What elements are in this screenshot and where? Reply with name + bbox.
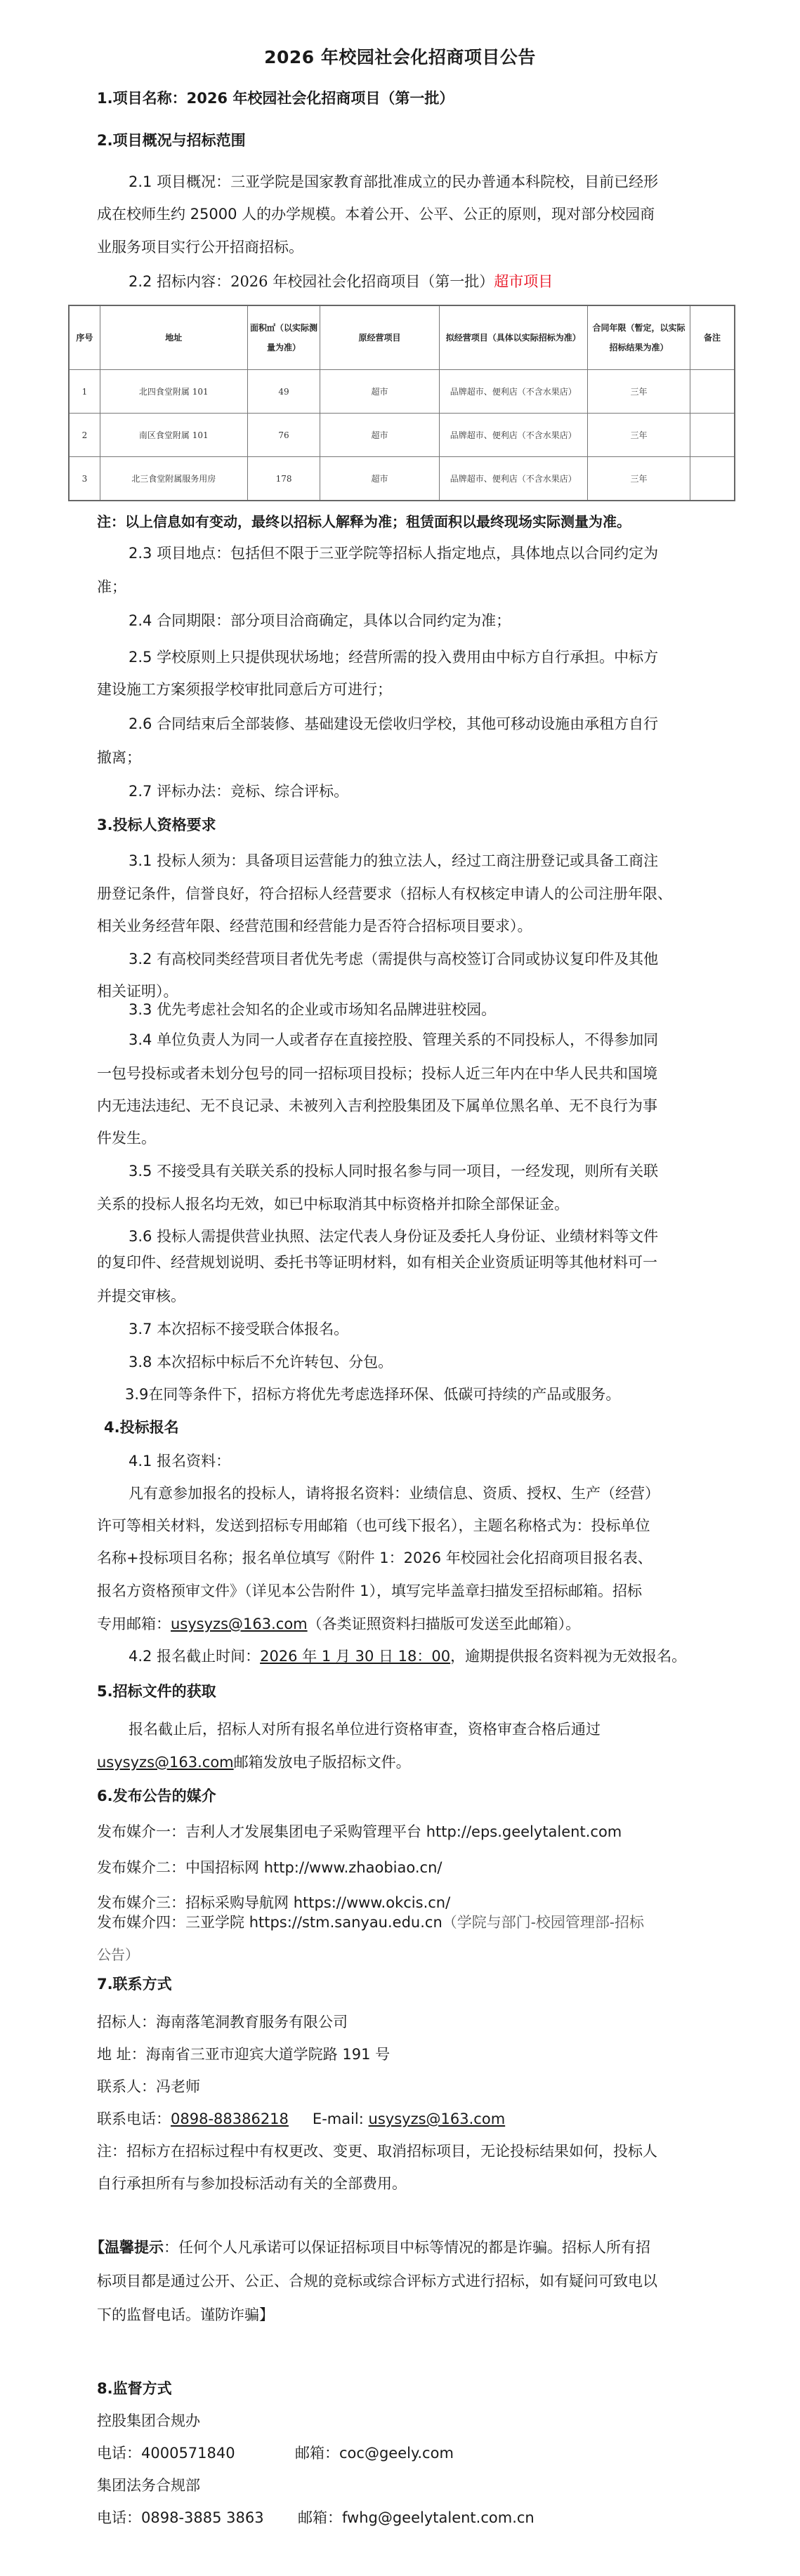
para-3-7: 3.7 本次招标不接受联合体报名。 [129, 1318, 348, 1339]
warning-tip-line3: 下的监督电话。谨防诈骗】 [97, 2304, 274, 2325]
para-3-5-line1: 3.5 不接受具有关联关系的投标人同时报名参与同一项目，一经发现，则所有关联 [129, 1160, 658, 1181]
deadline-note: ，逾期提供报名资料视为无效报名。 [450, 1648, 686, 1665]
para-3-6-line2: 的复印件、经营规划说明、委托书等证明材料，如有相关企业资质证明等其他材料可一 [97, 1251, 657, 1272]
para-2-4: 2.4 合同期限：部分项目洽商确定，具体以合同约定为准； [129, 609, 511, 630]
para-2-6-line1: 2.6 合同结束后全部装修、基础建设无偿收归学校，其他可移动设施由承租方自行 [129, 713, 658, 734]
para-2-1-line1: 2.1 项目概况：三亚学院是国家教育部批准成立的民办普通本科院校，目前已经形 [129, 171, 658, 192]
cell-area: 76 [247, 414, 320, 457]
para-2-2: 2.2 招标内容：2026 年校园社会化招商项目（第一批）超市项目 [129, 270, 553, 291]
section-1-heading: 1.项目名称：2026 年校园社会化招商项目（第一批） [97, 87, 454, 108]
para-3-9: 3.9在同等条件下，招标方将优先考虑选择环保、低碳可持续的产品或服务。 [125, 1383, 620, 1404]
para-2-1-line2: 成在校师生约 25000 人的办学规模。本着公开、公平、公正的原则，现对部分校园… [97, 203, 655, 224]
media-item: 发布媒介三：招标采购导航网 https://www.okcis.cn/ [97, 1891, 450, 1913]
col-header-remark: 备注 [690, 305, 735, 370]
table-header-row: 序号 地址 面积㎡（以实际测量为准） 原经营项目 拟经营项目（具体以实际招标为准… [69, 305, 735, 370]
para-3-2-line1: 3.2 有高校同类经营项目者优先考虑（需提供与高校签订合同或协议复印件及其他 [129, 948, 658, 969]
para-3-4-line3: 内无违法违纪、无不良记录、未被列入吉利控股集团及下属单位黑名单、无不良行为事 [97, 1095, 657, 1116]
para-3-4-line4: 件发生。 [97, 1127, 156, 1148]
para-3-6-line3: 并提交审核。 [97, 1285, 185, 1306]
cell-area: 178 [247, 457, 320, 501]
supervisor-phone-2: 电话：0898-3885 3863 [97, 2506, 264, 2528]
col-header-term: 合同年限（暂定，以实际招标结果为准） [587, 305, 690, 370]
tender-email-link[interactable]: usysyzs@163.com [171, 1616, 308, 1632]
para-4-1: 4.1 报名资料： [129, 1450, 230, 1471]
cell-planned: 品牌超市、便利店（不含水果店） [439, 370, 587, 414]
media-item: 发布媒介一：吉利人才发展集团电子采购管理平台 http://eps.geelyt… [97, 1821, 622, 1842]
media-url-link[interactable]: http://www.zhaobiao.cn/ [264, 1859, 442, 1876]
supervisor-phone-1: 电话：4000571840 [97, 2442, 235, 2463]
supervisor-org-1: 控股集团合规办 [97, 2410, 200, 2431]
para-2-1-line3: 业服务项目实行公开招商招标。 [97, 236, 303, 257]
disclaimer-line1: 注：招标方在招标过程中有权更改、变更、取消招标项目，无论投标结果如何，投标人 [97, 2140, 657, 2161]
media-path: （学院与部门-校园管理部-招标 [442, 1914, 644, 1931]
para-3-4-line2: 一包号投标或者未划分包号的同一招标项目投标；投标人近三年内在中华人民共和国境 [97, 1062, 657, 1083]
para-2-3-line1: 2.3 项目地点：包括但不限于三亚学院等招标人指定地点，具体地点以合同约定为 [129, 542, 658, 563]
section-3-heading: 3.投标人资格要求 [97, 814, 216, 835]
warning-tip-line1: 【温馨提示：任何个人凡承诺可以保证招标项目中标等情况的都是诈骗。招标人所有招 [90, 2236, 650, 2257]
warning-tip-text: ：任何个人凡承诺可以保证招标项目中标等情况的都是诈骗。招标人所有招 [164, 2239, 650, 2256]
table-row: 2 南区食堂附属 101 76 超市 品牌超市、便利店（不含水果店） 三年 [69, 414, 735, 457]
cell-term: 三年 [587, 457, 690, 501]
media-label: 发布媒介二： [97, 1859, 185, 1876]
supervisor-email-1: 邮箱：coc@geely.com [295, 2442, 454, 2463]
para-2-5-line2: 建设施工方案须报学校审批同意后方可进行； [97, 678, 392, 699]
table-note: 注：以上信息如有变动，最终以招标人解释为准；租赁面积以最终现场实际测量为准。 [97, 510, 631, 531]
tenderer: 招标人：海南落笔洞教育服务有限公司 [97, 2011, 348, 2032]
para-4-2: 4.2 报名截止时间：2026 年 1 月 30 日 18：00，逾期提供报名资… [129, 1645, 686, 1666]
cell-area: 49 [247, 370, 320, 414]
para-4-1b-line5: 专用邮箱：usysyzs@163.com（各类证照资料扫描版可发送至此邮箱）。 [97, 1613, 580, 1634]
media-item: 发布媒介四：三亚学院 https://stm.sanyau.edu.cn（学院与… [97, 1911, 644, 1932]
cell-remark [690, 370, 735, 414]
media-url-link[interactable]: https://stm.sanyau.edu.cn [249, 1914, 442, 1931]
media-label: 发布媒介四： [97, 1914, 185, 1931]
cell-no: 2 [69, 414, 100, 457]
warning-tip-label: 【温馨提示 [90, 2239, 164, 2256]
media-name: 三亚学院 [185, 1914, 244, 1931]
para-2-7: 2.7 评标办法：竞标、综合评标。 [129, 780, 348, 801]
cell-term: 三年 [587, 414, 690, 457]
para-3-1-line2: 册登记条件，信誉良好，符合招标人经营要求（招标人有权核定申请人的公司注册年限、 [97, 883, 672, 904]
para-2-2-highlight: 超市项目 [494, 273, 553, 290]
para-3-1-line1: 3.1 投标人须为：具备项目运营能力的独立法人，经过工商注册登记或具备工商注 [129, 850, 658, 871]
supervisor-org-2: 集团法务合规部 [97, 2474, 200, 2495]
media-path-cont: 公告） [97, 1943, 139, 1964]
para-4-1b-line2: 许可等相关材料，发送到招标专用邮箱（也可线下报名），主题名称格式为：投标单位 [97, 1514, 650, 1535]
section-4-heading: 4.投标报名 [104, 1416, 179, 1437]
deadline-label: 4.2 报名截止时间： [129, 1648, 260, 1665]
para-3-4-line1: 3.4 单位负责人为同一人或者存在直接控股、管理关系的不同投标人，不得参加同 [129, 1029, 658, 1050]
media-name: 招标采购导航网 [185, 1894, 289, 1911]
address: 地 址：海南省三亚市迎宾大道学院路 191 号 [97, 2043, 390, 2064]
cell-planned: 品牌超市、便利店（不含水果店） [439, 414, 587, 457]
supervisor-email-2: 邮箱：fwhg@geelytalent.com.cn [298, 2506, 535, 2528]
contact-line: 联系电话：0898-88386218E-mail: usysyzs@163.co… [97, 2108, 505, 2129]
para-2-6-line2: 撤离； [97, 746, 141, 767]
cell-original: 超市 [320, 370, 440, 414]
cell-address: 北四食堂附属 101 [100, 370, 247, 414]
contact-person: 联系人：冯老师 [97, 2075, 200, 2096]
section-6-heading: 6.发布公告的媒介 [97, 1785, 216, 1806]
table-row: 1 北四食堂附属 101 49 超市 品牌超市、便利店（不含水果店） 三年 [69, 370, 735, 414]
cell-original: 超市 [320, 414, 440, 457]
media-name: 吉利人才发展集团电子采购管理平台 [185, 1823, 421, 1840]
section-2-heading: 2.项目概况与招标范围 [97, 129, 246, 150]
cell-original: 超市 [320, 457, 440, 501]
para-5-suffix: 邮箱发放电子版招标文件。 [234, 1754, 411, 1771]
para-2-3-line2: 准； [97, 576, 126, 597]
phone-label: 联系电话： [97, 2111, 171, 2127]
contact-email-link[interactable]: usysyzs@163.com [369, 2111, 506, 2127]
para-5-line2: usysyzs@163.com邮箱发放电子版招标文件。 [97, 1751, 411, 1772]
cell-term: 三年 [587, 370, 690, 414]
disclaimer-line2: 自行承担所有与参加投标活动有关的全部费用。 [97, 2172, 407, 2193]
section-8-heading: 8.监督方式 [97, 2377, 172, 2398]
cell-no: 1 [69, 370, 100, 414]
para-4-1b-line1: 凡有意参加报名的投标人，请将报名资料：业绩信息、资质、授权、生产（经营） [129, 1482, 660, 1503]
para-3-1-line3: 相关业务经营年限、经营范围和经营能力是否符合招标项目要求）。 [97, 915, 532, 936]
warning-tip-line2: 标项目都是通过公开、公正、合规的竞标或综合评标方式进行招标，如有疑问可致电以 [97, 2270, 657, 2291]
document-title: 2026 年校园社会化招商项目公告 [0, 44, 800, 69]
para-5-line1: 报名截止后，招标人对所有报名单位进行资格审查，资格审查合格后通过 [129, 1718, 601, 1739]
email-label: E-mail: [313, 2111, 364, 2127]
email-label: 专用邮箱： [97, 1616, 171, 1632]
tender-email-link[interactable]: usysyzs@163.com [97, 1754, 234, 1771]
cell-no: 3 [69, 457, 100, 501]
media-label: 发布媒介一： [97, 1823, 185, 1840]
phone-link[interactable]: 0898-88386218 [171, 2111, 289, 2127]
col-header-planned: 拟经营项目（具体以实际招标为准） [439, 305, 587, 370]
col-header-original: 原经营项目 [320, 305, 440, 370]
media-url-link[interactable]: https://www.okcis.cn/ [294, 1894, 450, 1911]
para-4-1b-line4: 报名方资格预审文件》（详见本公告附件 1），填写完毕盖章扫描发至招标邮箱。招标 [97, 1580, 642, 1601]
col-header-no: 序号 [69, 305, 100, 370]
para-4-1b-line3: 名称+投标项目名称；报名单位填写《附件 1：2026 年校园社会化招商项目报名表… [97, 1547, 653, 1568]
para-3-5-line2: 关系的投标人报名均无效，如已中标取消其中标资格并扣除全部保证金。 [97, 1193, 569, 1214]
media-item: 发布媒介二：中国招标网 http://www.zhaobiao.cn/ [97, 1856, 442, 1877]
media-name: 中国招标网 [185, 1859, 259, 1876]
deadline-value: 2026 年 1 月 30 日 18：00 [260, 1648, 450, 1665]
cell-planned: 品牌超市、便利店（不含水果店） [439, 457, 587, 501]
para-2-5-line1: 2.5 学校原则上只提供现状场地；经营所需的投入费用由中标方自行承担。中标方 [129, 646, 658, 667]
para-2-2-prefix: 2.2 招标内容： [129, 273, 230, 290]
cell-address: 南区食堂附属 101 [100, 414, 247, 457]
cell-address: 北三食堂附属服务用房 [100, 457, 247, 501]
col-header-address: 地址 [100, 305, 247, 370]
para-2-2-project: 2026 年校园社会化招商项目（第一批） [230, 273, 494, 290]
media-url-link[interactable]: http://eps.geelytalent.com [426, 1823, 622, 1840]
para-3-6-line1: 3.6 投标人需提供营业执照、法定代表人身份证及委托人身份证、业绩材料等文件 [129, 1225, 658, 1246]
cell-remark [690, 414, 735, 457]
media-label: 发布媒介三： [97, 1894, 185, 1911]
section-7-heading: 7.联系方式 [97, 1973, 172, 1994]
para-3-8: 3.8 本次招标中标后不允许转包、分包。 [129, 1351, 393, 1372]
tender-items-table: 序号 地址 面积㎡（以实际测量为准） 原经营项目 拟经营项目（具体以实际招标为准… [68, 305, 735, 501]
para-3-3: 3.3 优先考虑社会知名的企业或市场知名品牌进驻校园。 [129, 998, 496, 1019]
cell-remark [690, 457, 735, 501]
email-note: （各类证照资料扫描版可发送至此邮箱）。 [308, 1616, 581, 1632]
col-header-area: 面积㎡（以实际测量为准） [247, 305, 320, 370]
section-5-heading: 5.招标文件的获取 [97, 1680, 216, 1701]
table-row: 3 北三食堂附属服务用房 178 超市 品牌超市、便利店（不含水果店） 三年 [69, 457, 735, 501]
